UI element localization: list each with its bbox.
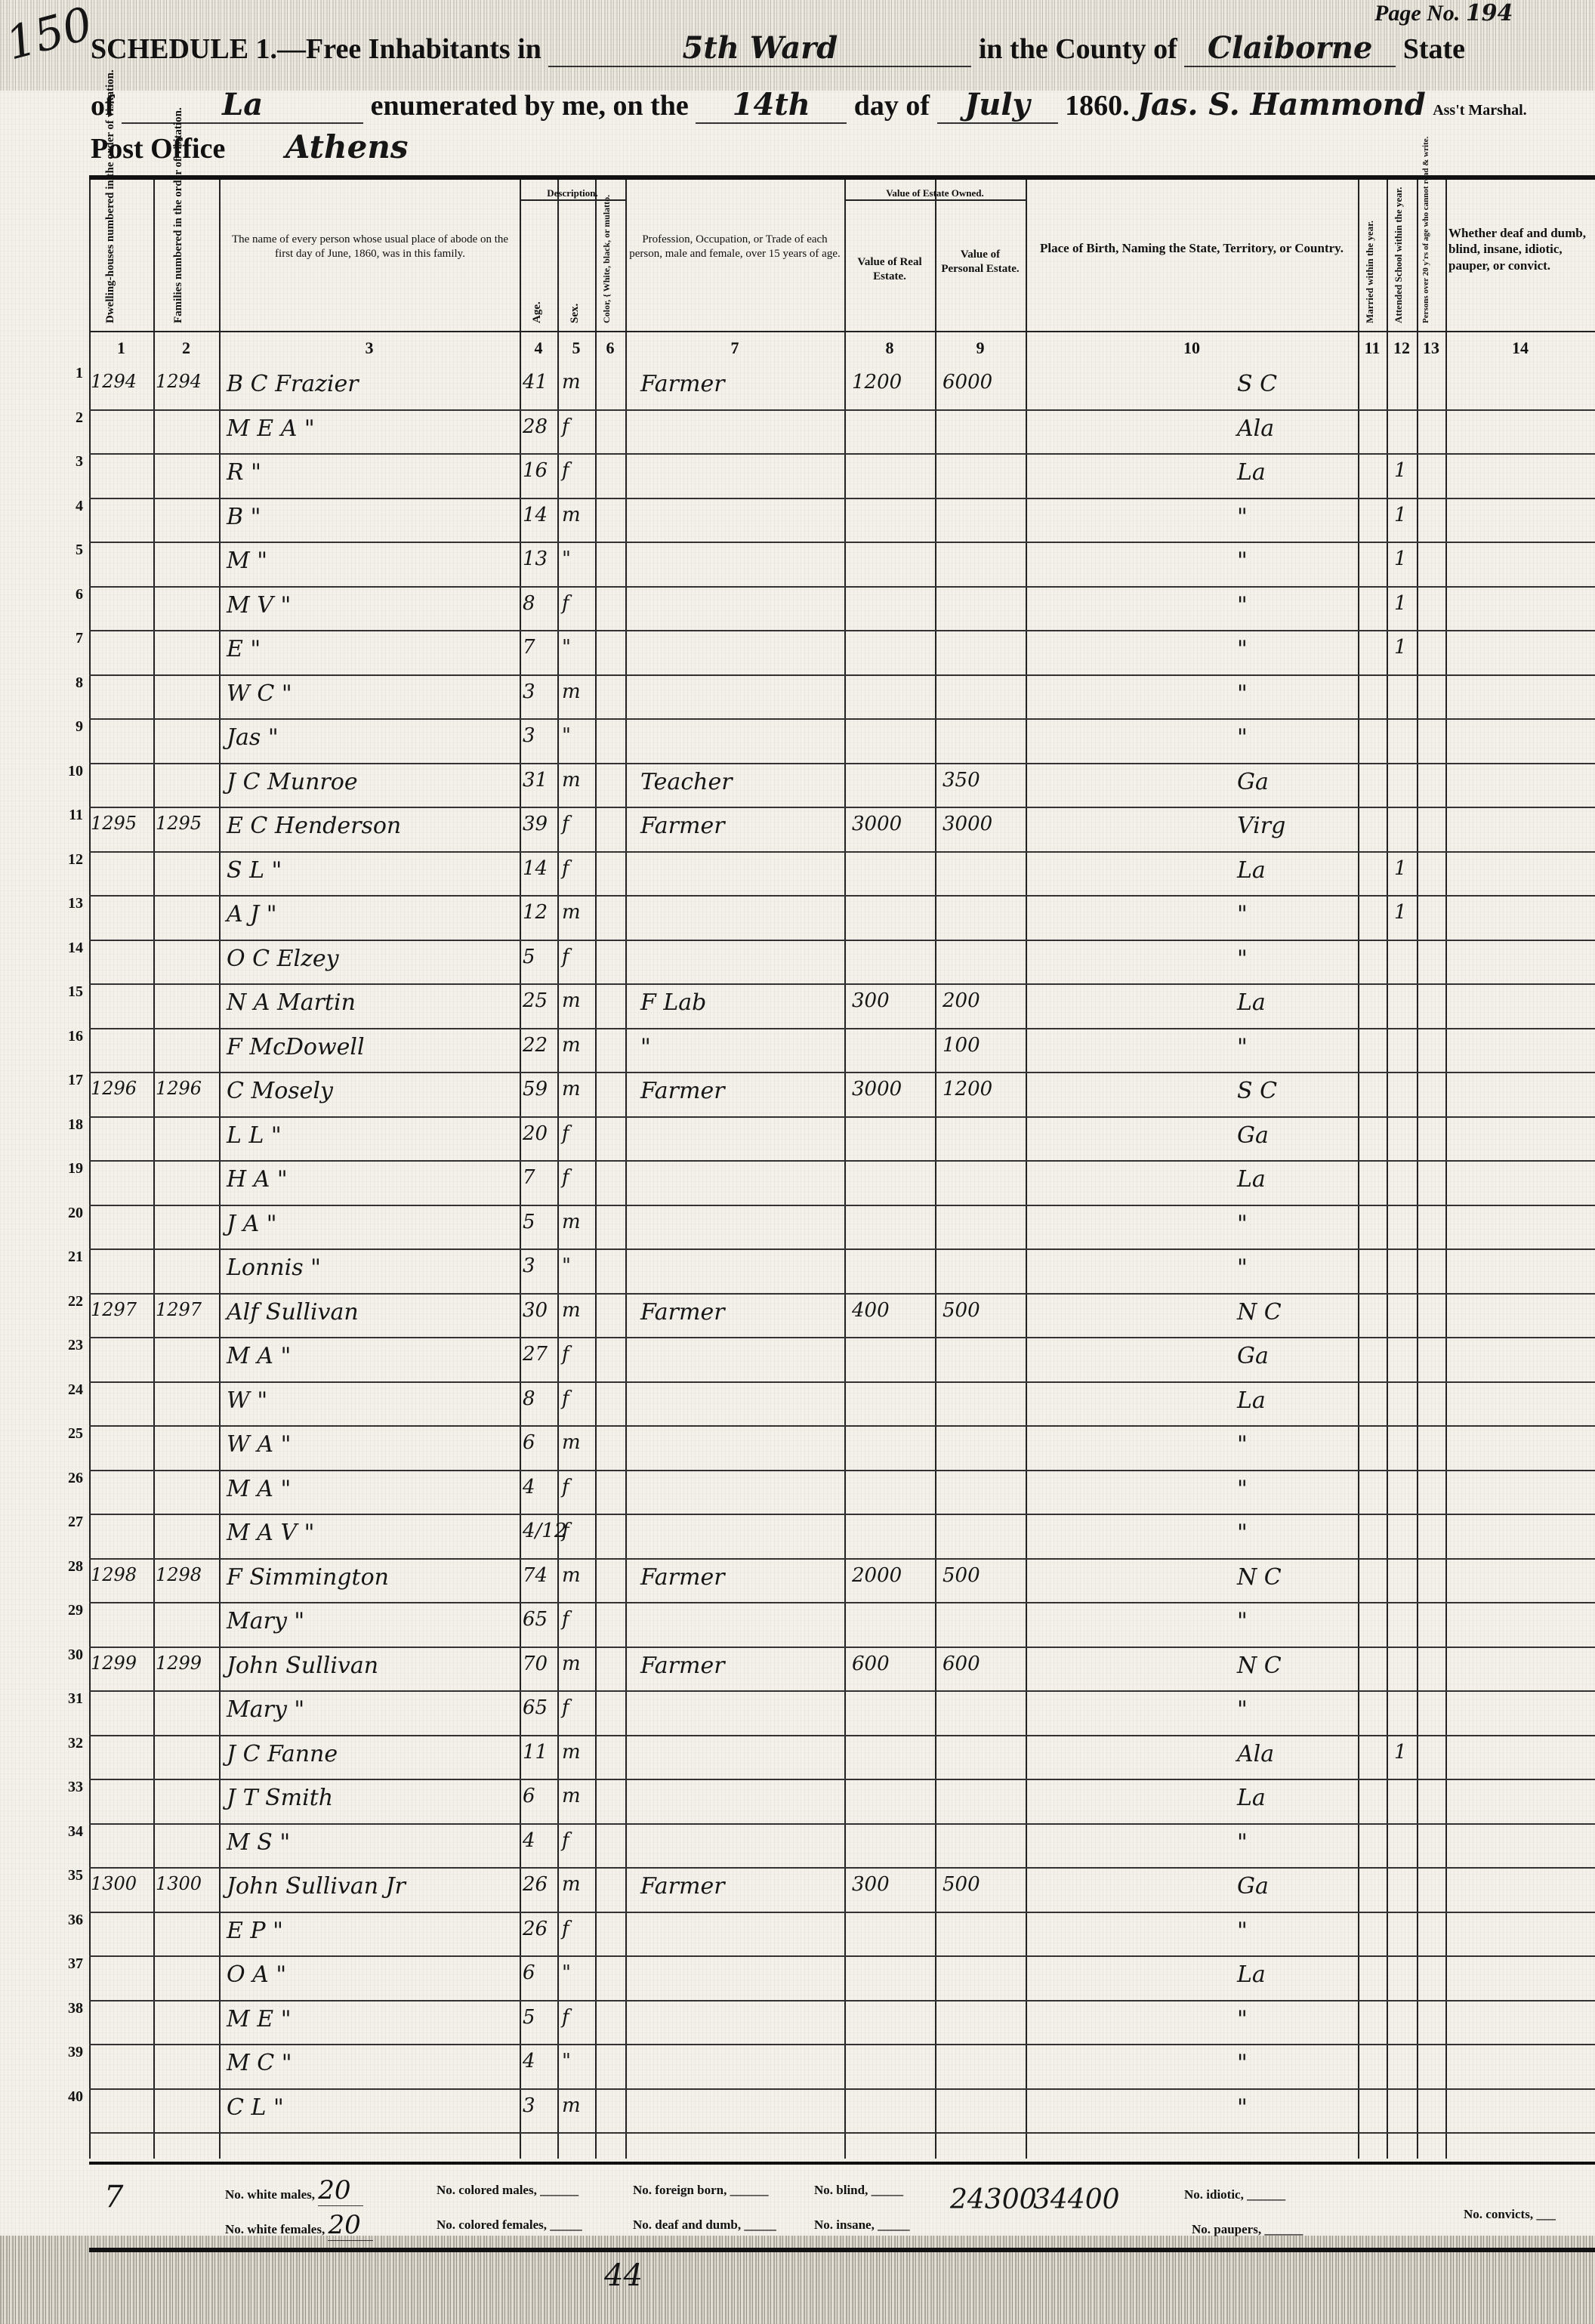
real-estate-value: 1200 [852,371,902,394]
colnum-14: 14 [1445,338,1595,358]
person-name: H A " [227,1166,288,1193]
person-age: 8 [523,592,535,615]
white-females-value: 20 [328,2210,373,2241]
line-number: 14 [0,940,83,957]
page-number-value: 194 [1466,0,1513,26]
line-number: 18 [0,1116,83,1134]
person-age: 7 [523,1166,535,1189]
person-name: M E A " [227,415,315,442]
birthplace: " [1237,592,1248,619]
line-number: 2 [0,409,83,427]
line-number: 31 [0,1690,83,1708]
line-number: 6 [0,586,83,603]
person-name: N A Martin [227,989,356,1016]
person-age: 25 [523,989,548,1012]
birthplace: S C [1237,1078,1277,1104]
person-sex: " [562,2050,571,2072]
table-row: 17 1296 1296 C Mosely 59 m Farmer 3000 1… [89,1072,1595,1118]
person-occupation: Farmer [640,813,725,839]
real-estate-value: 2000 [852,1564,902,1587]
insane-field: No. insane, _____ [814,2218,910,2233]
birthplace: " [1237,2094,1248,2121]
header-family: Families numbered in the order of visita… [172,187,185,323]
person-age: 31 [523,769,548,792]
birthplace: La [1237,857,1266,884]
total-personal-estate: 34400 [1033,2184,1120,2215]
person-name: W " [227,1387,267,1414]
line-number: 39 [0,2044,83,2061]
person-sex: f [562,946,569,968]
colnum-11: 11 [1358,338,1387,358]
birthplace: Ga [1237,769,1269,795]
line-number: 20 [0,1205,83,1222]
county-label: in the County of [979,33,1177,65]
family-number: 1295 [156,813,202,834]
person-sex: m [562,1211,581,1233]
line-number: 32 [0,1735,83,1752]
table-row: 7 E " 7 " " 1 [89,630,1595,676]
person-name: O C Elzey [227,946,339,972]
table-row: 19 H A " 7 f La [89,1160,1595,1206]
personal-estate-value: 600 [942,1653,980,1675]
person-age: 3 [523,1255,535,1277]
header-dwelling: Dwelling-houses numbered in the order of… [104,187,117,323]
person-sex: f [562,1387,569,1410]
birthplace: " [1237,2006,1248,2032]
personal-estate-value: 100 [942,1034,980,1057]
table-row: 24 W " 8 f La [89,1381,1595,1427]
year-label: 1860. [1065,90,1130,122]
header-real-estate: Value of Real Estate. [848,255,931,284]
person-name: Lonnis " [227,1255,321,1281]
person-name: John Sullivan [227,1653,378,1679]
personal-estate-value: 350 [942,769,980,792]
dwelling-number: 1298 [91,1564,137,1585]
person-sex: m [562,989,581,1012]
deaf-dumb-label: No. deaf and dumb, [633,2218,741,2232]
person-name: M " [227,548,267,574]
person-occupation: " [640,1034,651,1060]
personal-estate-value: 6000 [942,371,992,394]
birthplace: N C [1237,1564,1282,1591]
school-mark: 1 [1394,592,1407,615]
person-age: 22 [523,1034,548,1057]
person-age: 74 [523,1564,548,1587]
family-number: 1296 [156,1078,202,1099]
birthplace: La [1237,459,1266,486]
blind-label: No. blind, [814,2183,868,2197]
line-number: 21 [0,1248,83,1266]
school-mark: 1 [1394,504,1407,526]
person-age: 3 [523,724,535,747]
school-mark: 1 [1394,459,1407,482]
person-sex: f [562,592,569,615]
header-personal-estate: Value of Personal Estate. [939,248,1022,276]
table-row: 37 O A " 6 " La [89,1955,1595,2001]
birthplace: " [1237,636,1248,662]
line-number: 12 [0,851,83,869]
person-age: 26 [523,1918,548,1940]
line-number: 7 [0,630,83,647]
personal-estate-value: 1200 [942,1078,992,1100]
header-name: The name of every person whose usual pla… [227,233,514,261]
person-sex: m [562,769,581,792]
person-sex: m [562,1564,581,1587]
person-age: 14 [523,504,548,526]
county-value: Claiborne [1208,30,1372,66]
school-mark: 1 [1394,857,1407,880]
table-row: 30 1299 1299 John Sullivan 70 m Farmer 6… [89,1647,1595,1693]
person-sex: m [562,1653,581,1675]
colnum-3: 3 [219,338,520,358]
person-name: L L " [227,1122,282,1149]
person-name: F Simmington [227,1564,389,1591]
person-sex: f [562,2006,569,2029]
person-age: 4 [523,1829,535,1852]
header-estate-group: Value of Estate Owned. [844,187,1026,201]
person-sex: " [562,548,571,570]
person-age: 28 [523,415,548,438]
table-row: 28 1298 1298 F Simmington 74 m Farmer 20… [89,1558,1595,1604]
person-name: M E " [227,2006,292,2032]
bottom-mark: 44 [604,2258,643,2293]
marshal-label: Ass't Marshal. [1433,102,1526,119]
line-number: 13 [0,895,83,912]
person-name: C Mosely [227,1078,333,1104]
birthplace: " [1237,504,1248,530]
birthplace: " [1237,946,1248,972]
table-row: 27 M A V " 4/12 f " [89,1514,1595,1560]
table-row: 9 Jas " 3 " " [89,718,1595,764]
person-age: 41 [523,371,548,394]
birthplace: " [1237,1829,1248,1856]
person-name: E " [227,636,261,662]
person-age: 70 [523,1653,548,1675]
person-sex: m [562,1299,581,1322]
family-number: 1300 [156,1873,202,1894]
birthplace: Ga [1237,1343,1269,1369]
line-number: 22 [0,1293,83,1310]
real-estate-value: 3000 [852,813,902,835]
colnum-2: 2 [153,338,219,358]
table-row: 3 R " 16 f La 1 [89,453,1595,499]
post-office-value: Athens [285,128,409,165]
real-estate-value: 400 [852,1299,890,1322]
personal-estate-value: 500 [942,1873,980,1896]
person-occupation: F Lab [640,989,706,1016]
person-sex: f [562,857,569,880]
person-sex: f [562,1476,569,1498]
person-age: 13 [523,548,548,570]
table-row: 33 J T Smith 6 m La [89,1779,1595,1825]
person-name: M A " [227,1343,291,1369]
birthplace: " [1237,1034,1248,1060]
birthplace: " [1237,681,1248,707]
person-occupation: Farmer [640,1299,725,1326]
person-sex: m [562,1431,581,1454]
colnum-7: 7 [625,338,844,358]
table-row: 34 M S " 4 f " [89,1823,1595,1869]
school-mark: 1 [1394,548,1407,570]
person-sex: m [562,681,581,703]
table-row: 12 S L " 14 f La 1 [89,851,1595,897]
person-sex: m [562,1785,581,1807]
header-occupation: Profession, Occupation, or Trade of each… [629,233,841,261]
birthplace: " [1237,1431,1248,1458]
birthplace: La [1237,989,1266,1016]
line-number: 25 [0,1425,83,1443]
colnum-13: 13 [1417,338,1445,358]
person-name: F McDowell [227,1034,365,1060]
insane-label: No. insane, [814,2218,875,2232]
person-age: 16 [523,459,548,482]
table-row: 8 W C " 3 m " [89,674,1595,721]
line-number: 40 [0,2088,83,2106]
table-row: 31 Mary " 65 f " [89,1690,1595,1736]
birthplace: N C [1237,1299,1282,1326]
table-row: 23 M A " 27 f Ga [89,1337,1595,1383]
white-males-value: 20 [318,2175,363,2206]
birthplace: La [1237,1785,1266,1811]
person-occupation: Teacher [640,769,733,795]
birthplace: S C [1237,371,1277,397]
line-number: 33 [0,1779,83,1796]
person-sex: f [562,1829,569,1852]
colored-females-field: No. colored females, _____ [437,2218,582,2233]
dwelling-number: 1299 [91,1653,137,1674]
personal-estate-value: 200 [942,989,980,1012]
birthplace: Ala [1237,415,1274,442]
line-number: 3 [0,453,83,471]
header-age: Age. [531,270,544,323]
person-age: 6 [523,1961,535,1984]
person-name: C L " [227,2094,284,2121]
table-row: 1 1294 1294 B C Frazier 41 m Farmer 1200… [89,365,1595,411]
table-row: 29 Mary " 65 f " [89,1602,1595,1648]
person-name: J T Smith [227,1785,333,1811]
paupers-label: No. paupers, [1192,2222,1261,2236]
line-number: 5 [0,542,83,559]
table-row: 38 M E " 5 f " [89,2000,1595,2046]
person-sex: f [562,1918,569,1940]
real-estate-value: 300 [852,1873,890,1896]
table-row: 6 M V " 8 f " 1 [89,586,1595,632]
person-age: 20 [523,1122,548,1145]
person-name: M A " [227,1476,291,1502]
marshal-signature: Jas. S. Hammond [1137,87,1426,122]
person-name: S L " [227,857,282,884]
person-name: W A " [227,1431,291,1458]
enumeration-line: of La enumerated by me, on the 14th day … [91,87,1527,124]
white-males-label: No. white males, [225,2187,315,2202]
header-illiterate: Persons over 20 y'rs of age who cannot r… [1421,187,1430,323]
white-females-field: No. white females, 20 [225,2210,373,2241]
person-name: Mary " [227,1608,304,1634]
person-name: B " [227,504,261,530]
person-age: 5 [523,2006,535,2029]
colnum-1: 1 [89,338,153,358]
person-age: 12 [523,901,548,924]
person-name: Jas " [227,724,279,751]
birthplace: La [1237,1387,1266,1414]
real-estate-value: 300 [852,989,890,1012]
header-condition: Whether deaf and dumb, blind, insane, id… [1448,225,1592,273]
person-sex: f [562,459,569,482]
personal-estate-value: 500 [942,1299,980,1322]
dwelling-number: 1300 [91,1873,137,1894]
page-summary: 7 No. white males, 20 No. white females,… [89,2162,1595,2252]
colnum-5: 5 [557,338,595,358]
family-number: 1299 [156,1653,202,1674]
personal-estate-value: 500 [942,1564,980,1587]
total-real-estate: 24300 [950,2184,1037,2215]
person-name: M S " [227,1829,290,1856]
table-row: 5 M " 13 " " 1 [89,542,1595,588]
census-table: Dwelling-houses numbered in the order of… [89,175,1595,2159]
person-name: A J " [227,901,277,927]
person-sex: m [562,2094,581,2117]
person-name: E P " [227,1918,283,1944]
birthplace: Virg [1237,813,1285,839]
line-number: 15 [0,983,83,1001]
person-age: 8 [523,1387,535,1410]
person-sex: m [562,1078,581,1100]
person-age: 3 [523,2094,535,2117]
person-name: J A " [227,1211,277,1237]
birthplace: " [1237,1211,1248,1237]
person-age: 6 [523,1785,535,1807]
header-married: Married within the year. [1364,187,1376,323]
table-row: 14 O C Elzey 5 f " [89,940,1595,986]
person-age: 5 [523,946,535,968]
person-sex: f [562,1166,569,1189]
table-row: 25 W A " 6 m " [89,1425,1595,1471]
line-number: 10 [0,763,83,780]
blind-field: No. blind, _____ [814,2183,903,2198]
real-estate-value: 600 [852,1653,890,1675]
schedule-title: SCHEDULE 1.—Free Inhabitants in [91,33,541,65]
birthplace: " [1237,1255,1248,1281]
person-age: 7 [523,636,535,659]
table-row: 39 M C " 4 " " [89,2044,1595,2090]
birthplace: La [1237,1166,1266,1193]
table-row: 13 A J " 12 m " 1 [89,895,1595,941]
personal-estate-value: 3000 [942,813,992,835]
enumerated-label: enumerated by me, on the [371,90,689,122]
person-occupation: Farmer [640,1564,725,1591]
colnum-8: 8 [844,338,935,358]
post-office-line: Post Office Athens [91,128,409,165]
person-sex: m [562,1034,581,1057]
line-number: 30 [0,1647,83,1664]
state-label: State [1403,33,1465,65]
family-number: 1297 [156,1299,202,1320]
header-sex: Sex. [569,270,582,323]
school-mark: 1 [1394,901,1407,924]
person-age: 6 [523,1431,535,1454]
birthplace: La [1237,1961,1266,1988]
line-number: 16 [0,1028,83,1045]
person-occupation: Farmer [640,1078,725,1104]
person-sex: " [562,724,571,747]
foreign-born-label: No. foreign born, [633,2183,727,2197]
person-sex: f [562,813,569,835]
day-value: 14th [733,87,810,122]
colnum-12: 12 [1387,338,1417,358]
line-number: 26 [0,1470,83,1487]
table-row: 20 J A " 5 m " [89,1205,1595,1251]
header-school: Attended School within the year. [1393,187,1405,323]
state-value: La [222,87,263,122]
foreign-born-field: No. foreign born, ______ [633,2183,769,2198]
table-row: 4 B " 14 m " 1 [89,498,1595,544]
table-row: 26 M A " 4 f " [89,1470,1595,1516]
person-sex: f [562,1343,569,1366]
month-value: July [964,87,1029,122]
person-age: 4 [523,2050,535,2072]
person-name: W C " [227,681,292,707]
dwelling-number: 1297 [91,1299,137,1320]
family-number: 1298 [156,1564,202,1585]
person-sex: m [562,901,581,924]
line-number: 35 [0,1867,83,1884]
paupers-field: No. paupers, ______ [1192,2222,1303,2237]
school-mark: 1 [1394,1741,1407,1764]
person-sex: m [562,1873,581,1896]
person-age: 11 [523,1741,548,1764]
header-birthplace: Place of Birth, Naming the State, Territ… [1033,240,1350,256]
person-sex: f [562,1696,569,1719]
person-age: 30 [523,1299,548,1322]
page-number: Page No. 194 [1374,0,1513,26]
district-value: 5th Ward [682,30,838,66]
birthplace: Ala [1237,1741,1274,1767]
line-number: 1 [0,365,83,382]
schedule-title-line: SCHEDULE 1.—Free Inhabitants in 5th Ward… [91,30,1465,67]
person-age: 59 [523,1078,548,1100]
person-name: E C Henderson [227,813,401,839]
colnum-9: 9 [935,338,1026,358]
line-number: 11 [0,807,83,824]
person-sex: f [562,1122,569,1145]
dwelling-number: 1296 [91,1078,137,1099]
line-number: 37 [0,1955,83,1973]
person-sex: " [562,636,571,659]
header-color: Color, { White, black, or mulatto. [601,210,612,323]
colored-males-field: No. colored males, ______ [437,2183,578,2198]
line-number: 8 [0,674,83,692]
person-occupation: Farmer [640,1873,725,1900]
table-row: 35 1300 1300 John Sullivan Jr 26 m Farme… [89,1867,1595,1913]
person-age: 27 [523,1343,548,1366]
day-of-label: day of [854,90,930,122]
birthplace: " [1237,548,1248,574]
real-estate-value: 3000 [852,1078,902,1100]
person-name: M V " [227,592,291,619]
colored-males-label: No. colored males, [437,2183,537,2197]
line-number: 19 [0,1160,83,1177]
person-age: 39 [523,813,548,835]
person-name: B C Frazier [227,371,359,397]
birthplace: " [1237,2050,1248,2076]
birthplace: " [1237,901,1248,927]
table-row: 32 J C Fanne 11 m Ala 1 [89,1735,1595,1781]
person-occupation: Farmer [640,371,725,397]
line-number: 4 [0,498,83,515]
person-sex: m [562,504,581,526]
school-mark: 1 [1394,636,1407,659]
birthplace: Ga [1237,1873,1269,1900]
